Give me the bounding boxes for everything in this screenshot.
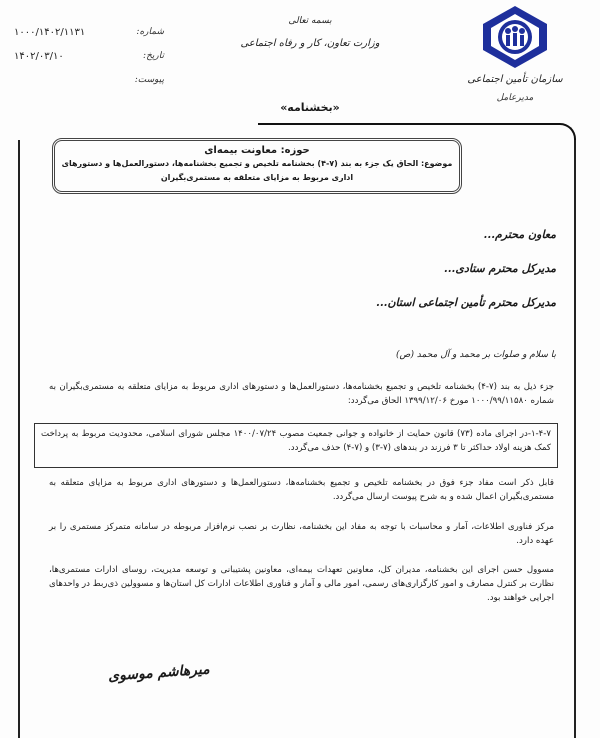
circular-document: سازمان تأمین اجتماعی مدیرعامل بسمه تعالی…: [0, 0, 600, 738]
meta-date: تاریخ: ۱۴۰۲/۰۳/۱۰: [14, 44, 164, 68]
subject-area: حوزه: معاونت بیمه‌ای: [55, 145, 459, 156]
meta-label: شماره:: [124, 27, 164, 37]
paragraph-note: قابل ذکر است مفاد جزء فوق در بخشنامه تلخ…: [49, 476, 554, 504]
addressee: مدیرکل محترم تأمین اجتماعی استان...: [296, 294, 556, 328]
meta-attachment: پیوست:: [14, 68, 164, 92]
ministry-name: وزارت تعاون، کار و رفاه اجتماعی: [200, 38, 420, 49]
organization-subtitle: مدیرعامل: [460, 93, 570, 103]
meta-number: شماره: ۱۰۰۰/۱۴۰۲/۱۱۳۱: [14, 20, 164, 44]
meta-label: تاریخ:: [124, 51, 164, 61]
organization-header: سازمان تأمین اجتماعی مدیرعامل: [460, 4, 570, 103]
addressee: معاون محترم...: [296, 226, 556, 260]
greeting: با سلام و صلوات بر محمد و آل محمد (ص): [396, 350, 556, 360]
paragraph-intro: جزء ذیل به بند (۷-۴) بخشنامه تلخیص و تجم…: [49, 380, 554, 408]
document-meta: شماره: ۱۰۰۰/۱۴۰۲/۱۱۳۱ تاریخ: ۱۴۰۲/۰۳/۱۰ …: [14, 20, 164, 92]
addressees: معاون محترم... مدیرکل محترم ستادی... مدی…: [296, 226, 556, 328]
social-security-logo-icon: [479, 4, 551, 70]
meta-value: ۱۴۰۲/۰۳/۱۰: [14, 51, 114, 62]
paragraph-responsibility: مسوول حسن اجرای این بخشنامه، مدیران کل، …: [49, 563, 554, 605]
subject-box: حوزه: معاونت بیمه‌ای موضوع: الحاق یک جزء…: [52, 138, 462, 194]
meta-value: ۱۰۰۰/۱۴۰۲/۱۱۳۱: [14, 27, 114, 38]
invocation: بسمه تعالی: [200, 16, 420, 26]
document-type: «بخشنامه»: [200, 101, 420, 114]
highlighted-clause: ۱-۴-۷-در اجرای ماده (۷۳) قانون حمایت از …: [34, 423, 558, 468]
paragraph-it-center: مرکز فناوری اطلاعات، آمار و محاسبات با ت…: [49, 520, 554, 548]
addressee: مدیرکل محترم ستادی...: [296, 260, 556, 294]
center-header: بسمه تعالی وزارت تعاون، کار و رفاه اجتما…: [200, 16, 420, 49]
meta-label: پیوست:: [124, 75, 164, 85]
organization-name: سازمان تأمین اجتماعی: [460, 74, 570, 85]
subject-line: موضوع: الحاق یک جزء به بند (۷-۴) بخشنامه…: [55, 157, 459, 185]
